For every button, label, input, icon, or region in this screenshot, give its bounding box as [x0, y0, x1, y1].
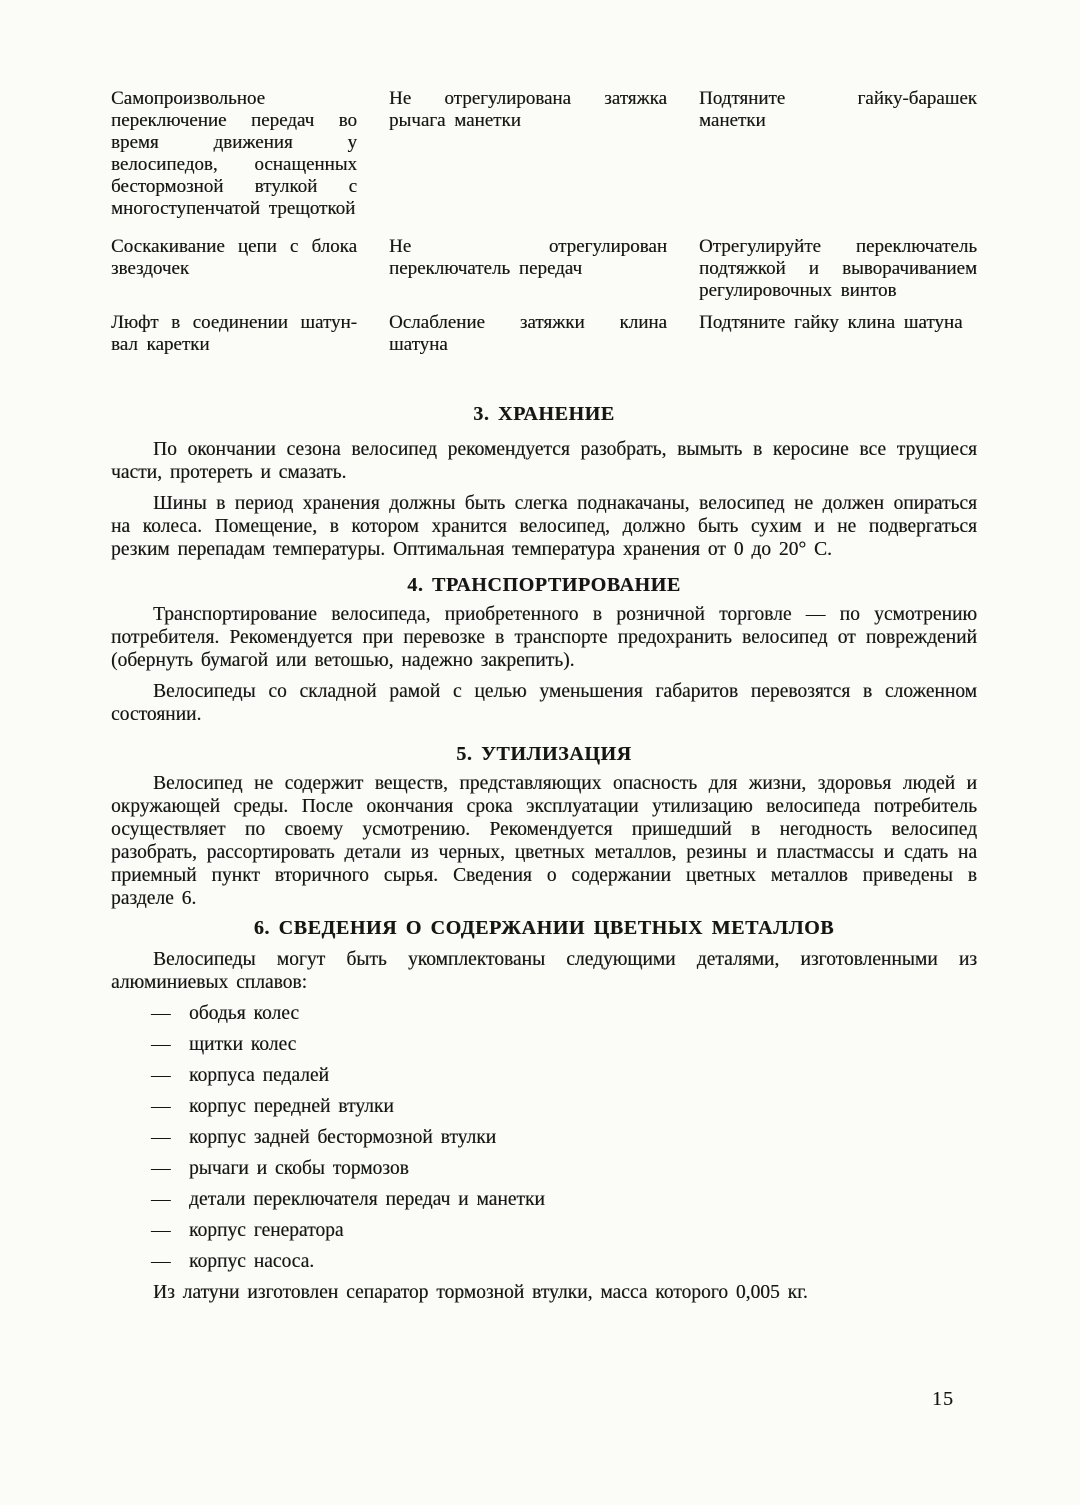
- section-transportation: 4. ТРАНСПОРТИРОВАНИЕ Транспортирование в…: [111, 573, 977, 726]
- aluminum-parts-list: — ободья колес — щитки колес — корпуса п…: [111, 1002, 977, 1273]
- list-item: — рычаги и скобы тормозов: [151, 1157, 977, 1180]
- section-heading: 3. ХРАНЕНИЕ: [111, 402, 977, 426]
- cause-cell: Не отрегулирован переключатель передач: [389, 236, 667, 302]
- page-number: 15: [932, 1388, 954, 1411]
- remedy-cell: Отрегулируйте переключатель подтяжкой и …: [699, 236, 977, 302]
- section-disposal: 5. УТИЛИЗАЦИЯ Велосипед не содержит веще…: [111, 742, 977, 910]
- dash-marker: —: [151, 1002, 189, 1025]
- remedy-cell: Подтяните гайку-барашек манетки: [699, 88, 977, 220]
- list-item: — корпус передней втулки: [151, 1095, 977, 1118]
- list-item: — корпус задней бестормозной втулки: [151, 1126, 977, 1149]
- fault-cell: Соскакивание цепи с блока звездочек: [111, 236, 357, 302]
- list-item-label: рычаги и скобы тормозов: [189, 1157, 409, 1180]
- list-item-label: детали переключателя передач и манетки: [189, 1188, 545, 1211]
- troubleshooting-table: Самопроизвольное переключение передач во…: [111, 88, 977, 356]
- cause-cell: Не отрегулирована затяжка рычага манетки: [389, 88, 667, 220]
- dash-marker: —: [151, 1126, 189, 1149]
- dash-marker: —: [151, 1219, 189, 1242]
- paragraph: Велосипед не содержит веществ, представл…: [111, 772, 977, 910]
- paragraph: Велосипеды со складной рамой с целью уме…: [111, 680, 977, 726]
- table-row: Люфт в соединении шатун-вал каретки Осла…: [111, 312, 977, 356]
- section-metals: 6. СВЕДЕНИЯ О СОДЕРЖАНИИ ЦВЕТНЫХ МЕТАЛЛО…: [111, 916, 977, 1304]
- section-storage: 3. ХРАНЕНИЕ По окончании сезона велосипе…: [111, 402, 977, 561]
- section-heading: 4. ТРАНСПОРТИРОВАНИЕ: [111, 573, 977, 597]
- dash-marker: —: [151, 1095, 189, 1118]
- dash-marker: —: [151, 1157, 189, 1180]
- list-item: — корпуса педалей: [151, 1064, 977, 1087]
- list-item-label: корпус передней втулки: [189, 1095, 394, 1118]
- section-heading: 6. СВЕДЕНИЯ О СОДЕРЖАНИИ ЦВЕТНЫХ МЕТАЛЛО…: [111, 916, 977, 940]
- list-item: — корпус генератора: [151, 1219, 977, 1242]
- dash-marker: —: [151, 1188, 189, 1211]
- dash-marker: —: [151, 1250, 189, 1273]
- list-item: — корпус насоса.: [151, 1250, 977, 1273]
- dash-marker: —: [151, 1064, 189, 1087]
- list-item: — щитки колес: [151, 1033, 977, 1056]
- closing-paragraph: Из латуни изготовлен сепаратор тормозной…: [111, 1281, 977, 1304]
- fault-cell: Люфт в соединении шатун-вал каретки: [111, 312, 357, 356]
- document-page: Самопроизвольное переключение передач во…: [0, 0, 1080, 1505]
- list-item-label: корпус насоса.: [189, 1250, 314, 1273]
- remedy-cell: Подтяните гайку клина шатуна: [699, 312, 977, 356]
- list-item-label: корпус задней бестормозной втулки: [189, 1126, 496, 1149]
- paragraph: Транспортирование велосипеда, приобретен…: [111, 603, 977, 672]
- list-item-label: щитки колес: [189, 1033, 296, 1056]
- paragraph: Шины в период хранения должны быть слегк…: [111, 492, 977, 561]
- section-heading: 5. УТИЛИЗАЦИЯ: [111, 742, 977, 766]
- list-item-label: ободья колес: [189, 1002, 299, 1025]
- list-item: — детали переключателя передач и манетки: [151, 1188, 977, 1211]
- list-item: — ободья колес: [151, 1002, 977, 1025]
- paragraph: По окончании сезона велосипед рекомендуе…: [111, 438, 977, 484]
- dash-marker: —: [151, 1033, 189, 1056]
- table-row: Соскакивание цепи с блока звездочек Не о…: [111, 236, 977, 302]
- list-item-label: корпуса педалей: [189, 1064, 329, 1087]
- fault-cell: Самопроизвольное переключение передач во…: [111, 88, 357, 220]
- paragraph: Велосипеды могут быть укомплектованы сле…: [111, 948, 977, 994]
- table-row: Самопроизвольное переключение передач во…: [111, 88, 977, 220]
- page-content: Самопроизвольное переключение передач во…: [111, 88, 977, 1304]
- list-item-label: корпус генератора: [189, 1219, 344, 1242]
- cause-cell: Ослабление затяжки клина шатуна: [389, 312, 667, 356]
